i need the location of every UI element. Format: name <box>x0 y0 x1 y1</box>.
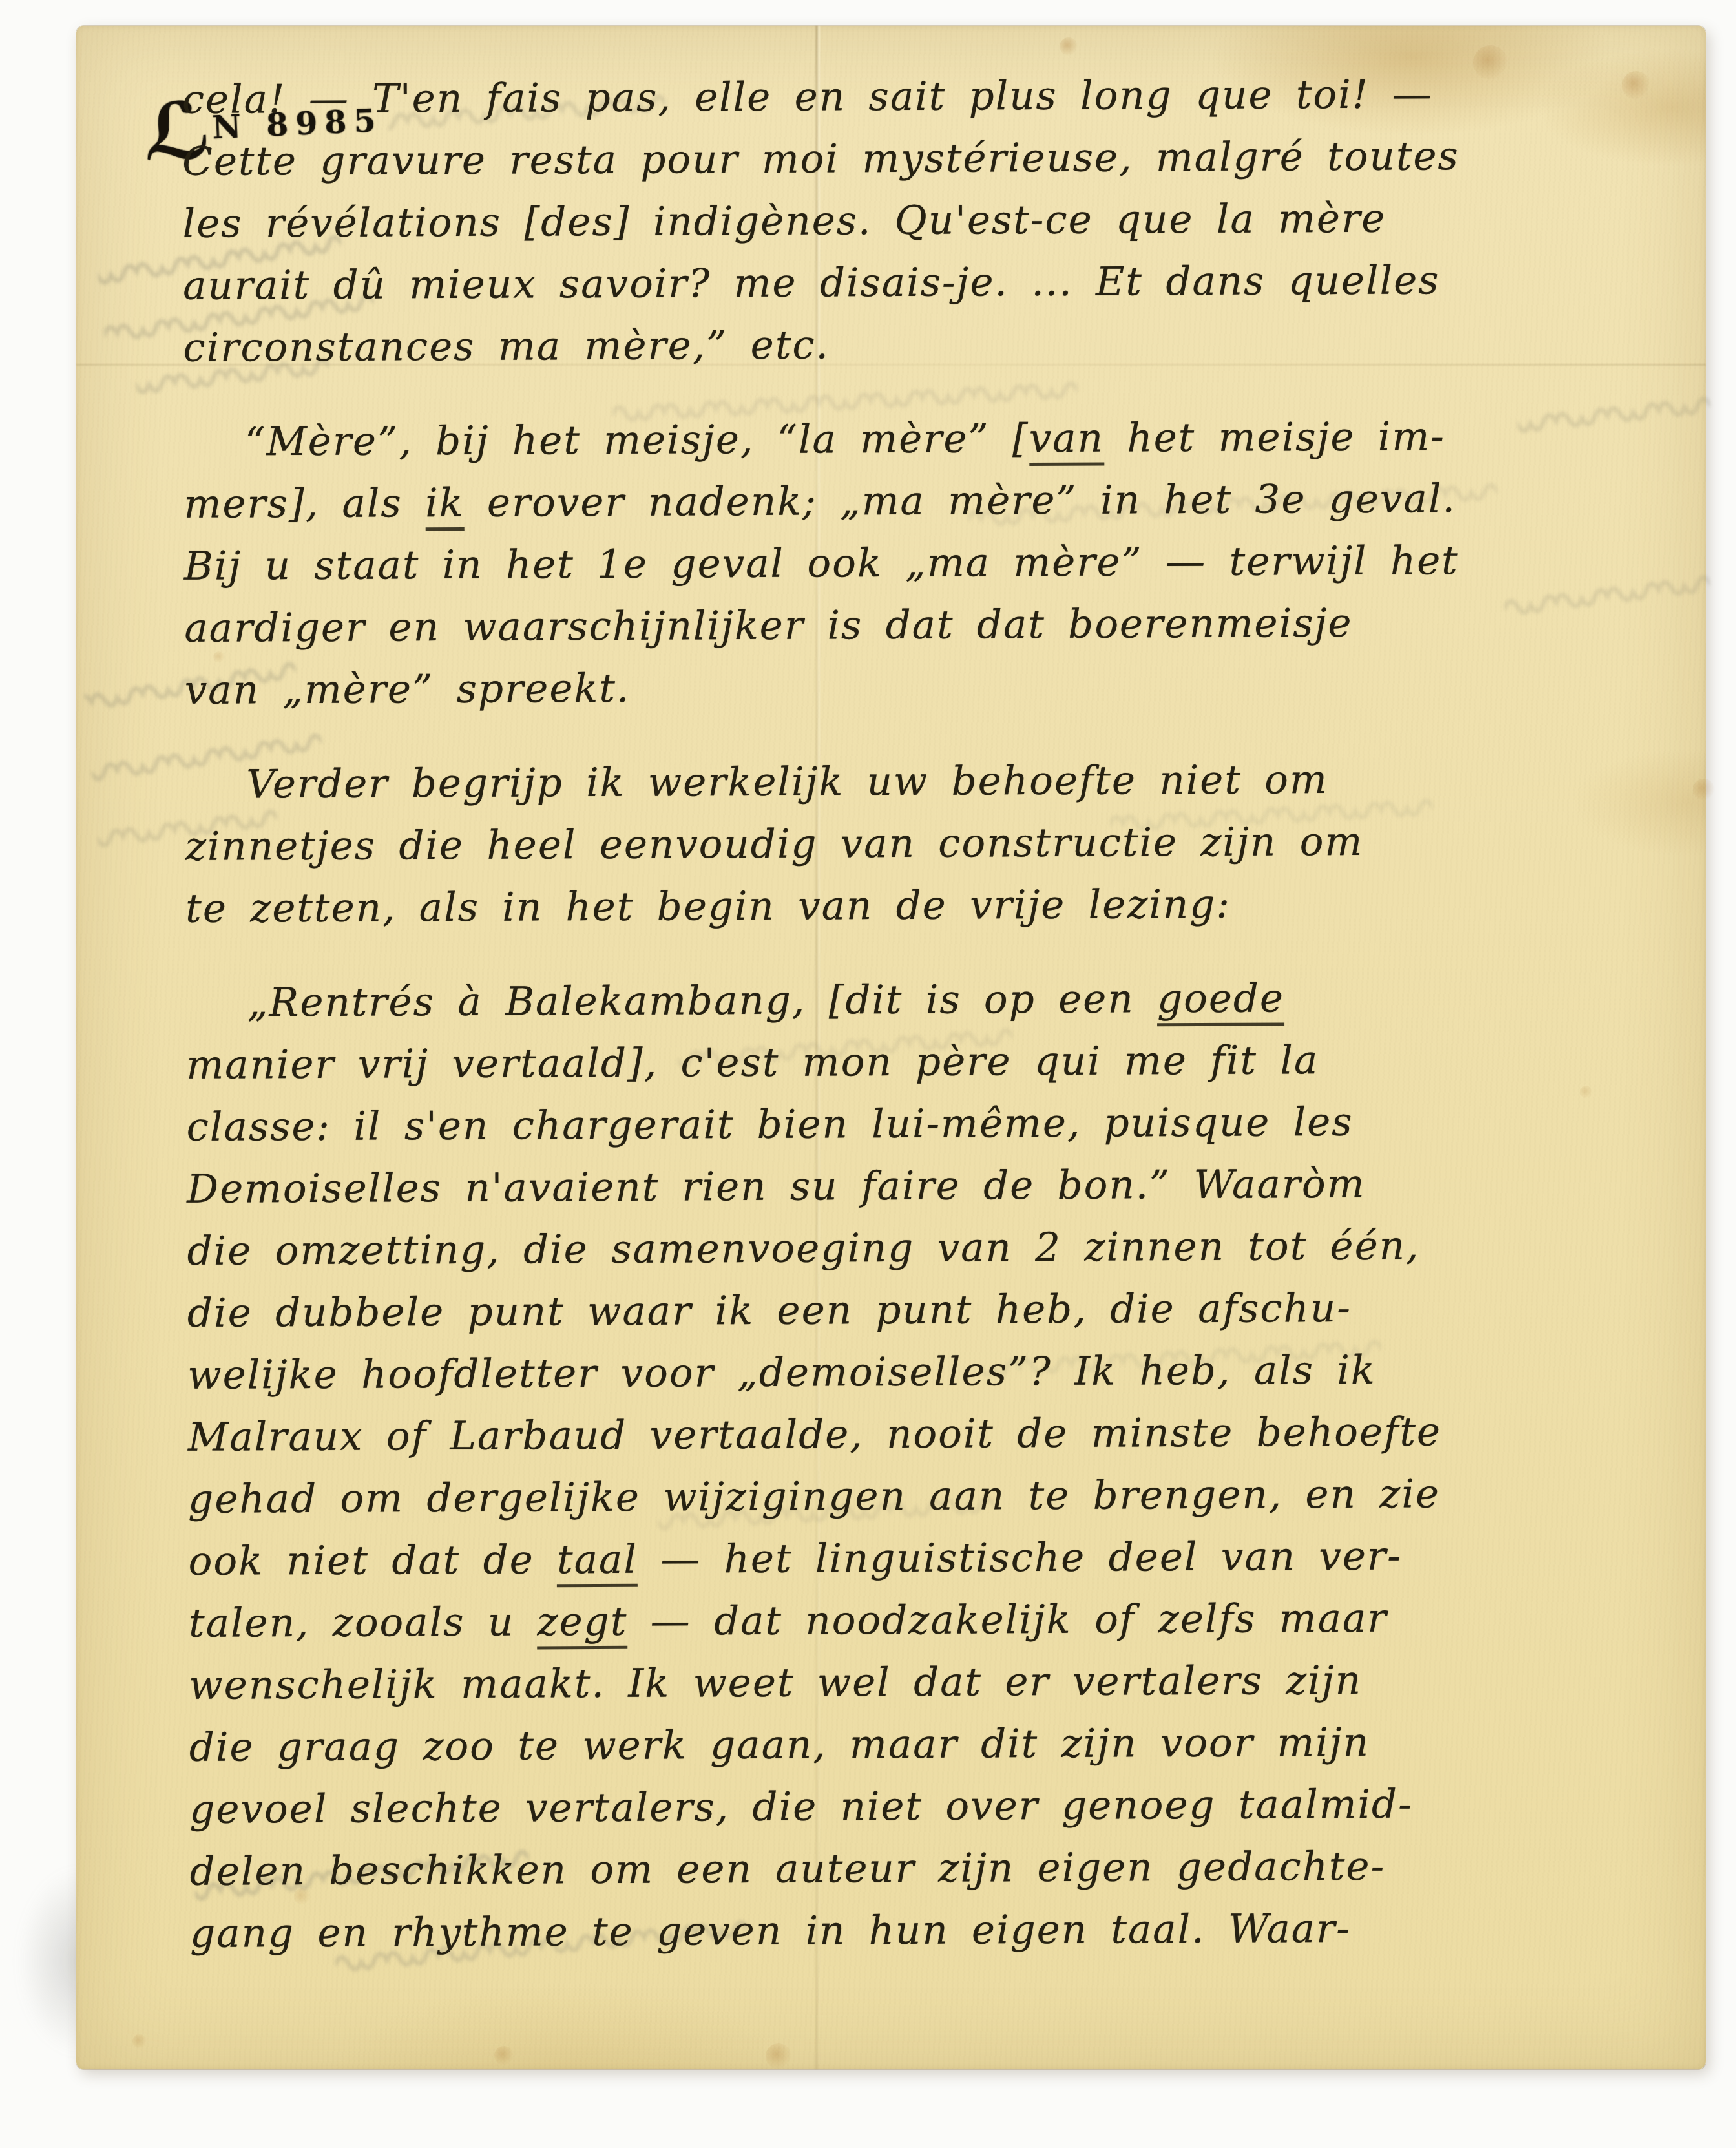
text-run: aardiger en waarschijnlijker is dat dat … <box>184 600 1352 651</box>
handwritten-line: ook niet dat de taal — het linguistische… <box>188 1524 1616 1593</box>
foxing-spot <box>1580 1086 1593 1099</box>
paragraph: Verder begrijp ik werkelijk uw behoefte … <box>185 748 1613 940</box>
handwritten-line: wenschelijk maakt. Ik weet wel dat er ve… <box>189 1648 1616 1717</box>
underlined-word: taal <box>557 1537 638 1588</box>
paragraph: cela! — T'en fais pas, elle en sait plus… <box>182 63 1611 379</box>
handwritten-line: gang en rhythme te geven in hun eigen ta… <box>190 1897 1618 1965</box>
foxing-spot <box>294 1888 311 1905</box>
text-run: gehad om dergelijke wijzigingen aan te b… <box>188 1471 1440 1522</box>
foxing-spot <box>213 651 225 663</box>
handwritten-line: Malraux of Larbaud vertaalde, nooit de m… <box>188 1400 1616 1469</box>
handwritten-line: les révélations [des] indigènes. Qu'est-… <box>182 187 1610 255</box>
foxing-spot <box>1060 37 1078 56</box>
text-run: “Mère”, bij het meisje, “la mère” [ <box>245 416 1029 465</box>
text-run: het meisje im- <box>1104 414 1445 461</box>
text-run: erover nadenk; „ma mère” in het 3e geval… <box>464 476 1456 526</box>
text-run: cela! — T'en fais pas, elle en sait plus… <box>182 71 1433 122</box>
foxing-spot <box>1693 779 1715 801</box>
handwritten-line: delen beschikken om een auteur zijn eige… <box>190 1835 1618 1903</box>
handwritten-line: talen, zooals u zegt — dat noodzakelijk … <box>189 1586 1616 1655</box>
text-run: aurait dû mieux savoir? me disais-je. ..… <box>183 257 1440 308</box>
letter-page: ℒ N 8985 cela! — T'en fais pas, elle en … <box>76 26 1706 2069</box>
underlined-word: ik <box>425 480 465 531</box>
text-run: die graag zoo te werk gaan, maar dit zij… <box>189 1720 1370 1771</box>
text-run: mers], als <box>183 480 425 527</box>
handwritten-line: gevoel slechte vertalers, die niet over … <box>189 1773 1617 1841</box>
text-run: manier vrij vertaald], c'est mon père qu… <box>186 1037 1319 1088</box>
handwritten-line: Cette gravure resta pour moi mystérieuse… <box>182 125 1610 193</box>
foxing-spot <box>1473 45 1508 80</box>
text-run: Verder begrijp ik werkelijk uw behoefte … <box>246 757 1328 807</box>
handwritten-line: welijke hoofdletter voor „demoiselles”? … <box>187 1338 1615 1407</box>
text-run: Demoiselles n'avaient rien su faire de b… <box>187 1161 1366 1212</box>
handwritten-line: Demoiselles n'avaient rien su faire de b… <box>187 1152 1615 1221</box>
text-run: te zetten, als in het begin van de vrije… <box>185 881 1231 932</box>
handwritten-line: Bij u staat in het 1e geval ook „ma mère… <box>184 529 1612 598</box>
handwritten-line: classe: il s'en chargerait bien lui-même… <box>187 1090 1615 1159</box>
handwritten-line: die dubbele punt waar ik een punt heb, d… <box>187 1276 1615 1345</box>
handwritten-line: manier vrij vertaald], c'est mon père qu… <box>186 1028 1614 1097</box>
text-run: die omzetting, die samenvoeging van 2 zi… <box>187 1223 1419 1274</box>
foxing-spot <box>766 2043 791 2069</box>
text-run: gevoel slechte vertalers, die niet over … <box>189 1782 1413 1833</box>
text-run: zinnetjes die heel eenvoudig van constru… <box>185 819 1364 870</box>
foxing-spot <box>132 2034 147 2048</box>
text-run: gang en rhythme te geven in hun eigen ta… <box>190 1906 1351 1957</box>
handwritten-line: circonstances ma mère,” etc. <box>183 311 1611 379</box>
handwritten-line: aurait dû mieux savoir? me disais-je. ..… <box>183 249 1611 317</box>
text-run: delen beschikken om een auteur zijn eige… <box>190 1844 1386 1895</box>
handwritten-line: aardiger en waarschijnlijker is dat dat … <box>184 591 1612 660</box>
text-run: ook niet dat de <box>189 1537 558 1584</box>
text-run: „Rentrés à Balekambang, [dit is op een <box>247 976 1157 1026</box>
handwritten-line: zinnetjes die heel eenvoudig van constru… <box>185 810 1613 878</box>
handwritten-line: cela! — T'en fais pas, elle en sait plus… <box>182 63 1610 131</box>
text-run: talen, zooals u <box>189 1599 538 1646</box>
text-run: van „mère” spreekt. <box>185 666 631 713</box>
paragraph: „Rentrés à Balekambang, [dit is op een g… <box>186 966 1618 1965</box>
text-run: die dubbele punt waar ik een punt heb, d… <box>187 1285 1352 1336</box>
text-run: classe: il s'en chargerait bien lui-même… <box>187 1099 1354 1150</box>
handwritten-line: “Mère”, bij het meisje, “la mère” [van h… <box>183 405 1611 474</box>
text-run: Malraux of Larbaud vertaalde, nooit de m… <box>188 1409 1442 1460</box>
handwriting-block: cela! — T'en fais pas, elle en sait plus… <box>182 63 1618 1965</box>
handwritten-line: die graag zoo te werk gaan, maar dit zij… <box>189 1711 1617 1779</box>
handwritten-line: „Rentrés à Balekambang, [dit is op een g… <box>186 966 1614 1035</box>
handwritten-line: Verder begrijp ik werkelijk uw behoefte … <box>185 748 1613 816</box>
text-run: circonstances ma mère,” etc. <box>183 322 830 370</box>
handwritten-line: gehad om dergelijke wijzigingen aan te b… <box>188 1462 1616 1531</box>
text-run: wenschelijk maakt. Ik weet wel dat er ve… <box>189 1658 1362 1709</box>
underlined-word: van <box>1029 416 1104 467</box>
underlined-word: goede <box>1157 975 1284 1026</box>
handwritten-line: mers], als ik erover nadenk; „ma mère” i… <box>183 467 1611 536</box>
text-run: — dat noodzakelijk of zelfs maar <box>627 1595 1388 1645</box>
handwritten-line: die omzetting, die samenvoeging van 2 zi… <box>187 1214 1615 1283</box>
paragraph: “Mère”, bij het meisje, “la mère” [van h… <box>183 405 1613 722</box>
text-run: welijke hoofdletter voor „demoiselles”? … <box>187 1347 1376 1398</box>
text-run: Bij u staat in het 1e geval ook „ma mère… <box>184 538 1459 589</box>
underlined-word: zegt <box>537 1599 627 1650</box>
foxing-spot <box>1622 71 1650 100</box>
text-run: les révélations [des] indigènes. Qu'est-… <box>182 196 1386 247</box>
handwritten-line: te zetten, als in het begin van de vrije… <box>185 872 1613 940</box>
text-run: — het linguistische deel van ver- <box>638 1533 1402 1583</box>
scan-background: ℒ N 8985 cela! — T'en fais pas, elle en … <box>0 0 1736 2148</box>
foxing-spot <box>494 2046 514 2065</box>
text-run: Cette gravure resta pour moi mystérieuse… <box>182 133 1459 185</box>
handwritten-line: van „mère” spreekt. <box>185 653 1613 722</box>
